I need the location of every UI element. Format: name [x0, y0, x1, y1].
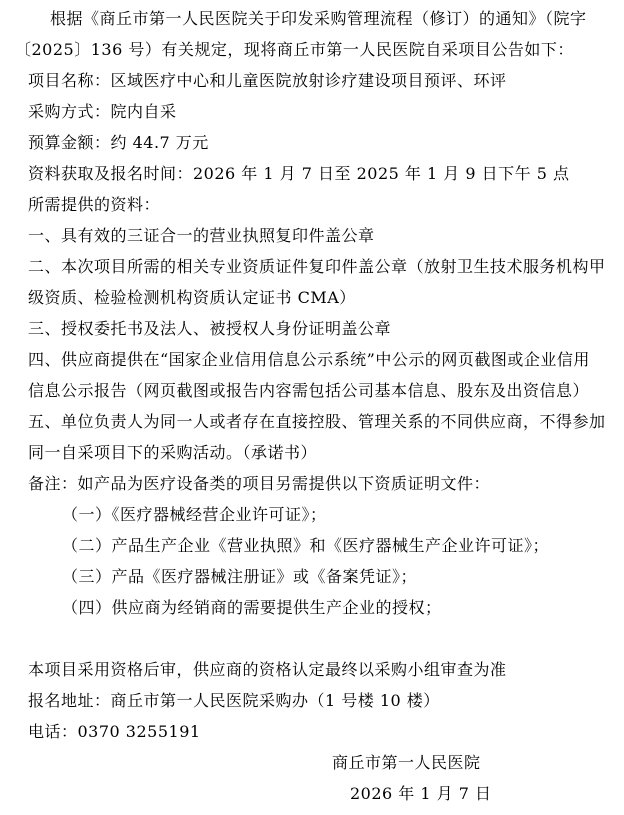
spacer-line: [28, 623, 616, 654]
announcement-page: 根据《商丘市第一人民医院关于印发采购管理流程（修订）的通知》（院字〔2025〕1…: [0, 0, 624, 815]
signature-date-line: 2026 年 1 月 7 日: [28, 778, 616, 809]
item-3-line: 三、授权委托书及法人、被授权人身份证明盖公章: [28, 313, 616, 344]
item-5-line-1: 五、单位负责人为同一人或者存在直接控股、管理关系的不同供应商，不得参加: [28, 406, 616, 437]
note-sub-2-line: （二）产品生产企业《营业执照》和《医疗器械生产企业许可证》；: [28, 530, 616, 561]
note-sub-4-line: （四）供应商为经销商的需要提供生产企业的授权；: [28, 592, 616, 623]
document-body: 根据《商丘市第一人民医院关于印发采购管理流程（修订）的通知》（院字〔2025〕1…: [0, 0, 624, 809]
note-header-line: 备注：如产品为医疗设备类的项目另需提供以下资质证明文件：: [28, 468, 616, 499]
intro-line-1: 根据《商丘市第一人民医院关于印发采购管理流程（修订）的通知》（院字: [28, 3, 616, 34]
item-2-line-2: 级资质、检验检测机构资质认定证书 CMA）: [28, 282, 616, 313]
registration-time-line: 资料获取及报名时间：2026 年 1 月 7 日至 2025 年 1 月 9 日…: [28, 158, 616, 189]
procurement-method-line: 采购方式：院内自采: [28, 96, 616, 127]
project-name-line: 项目名称：区域医疗中心和儿童医院放射诊疗建设项目预评、环评: [28, 65, 616, 96]
phone-line: 电话：0370 3255191: [28, 716, 616, 747]
materials-header-line: 所需提供的资料：: [28, 189, 616, 220]
item-1-line: 一、具有效的三证合一的营业执照复印件盖公章: [28, 220, 616, 251]
signature-org-line: 商丘市第一人民医院: [28, 747, 616, 778]
item-5-line-2: 同一自采项目下的采购活动。（承诺书）: [28, 437, 616, 468]
registration-address-line: 报名地址：商丘市第一人民医院采购办（1 号楼 10 楼）: [28, 685, 616, 716]
item-2-line-1: 二、本次项目所需的相关专业资质证件复印件盖公章（放射卫生技术服务机构甲: [28, 251, 616, 282]
note-sub-3-line: （三）产品《医疗器械注册证》或《备案凭证》；: [28, 561, 616, 592]
qualification-review-line: 本项目采用资格后审，供应商的资格认定最终以采购小组审查为准: [28, 654, 616, 685]
budget-line: 预算金额：约 44.7 万元: [28, 127, 616, 158]
item-4-line-1: 四、供应商提供在“国家企业信用信息公示系统”中公示的网页截图或企业信用: [28, 344, 616, 375]
note-sub-1-line: （一）《医疗器械经营企业许可证》；: [28, 499, 616, 530]
intro-line-2: 〔2025〕136 号）有关规定，现将商丘市第一人民医院自采项目公告如下：: [15, 34, 616, 65]
item-4-line-2: 信息公示报告（网页截图或报告内容需包括公司基本信息、股东及出资信息）: [28, 375, 616, 406]
